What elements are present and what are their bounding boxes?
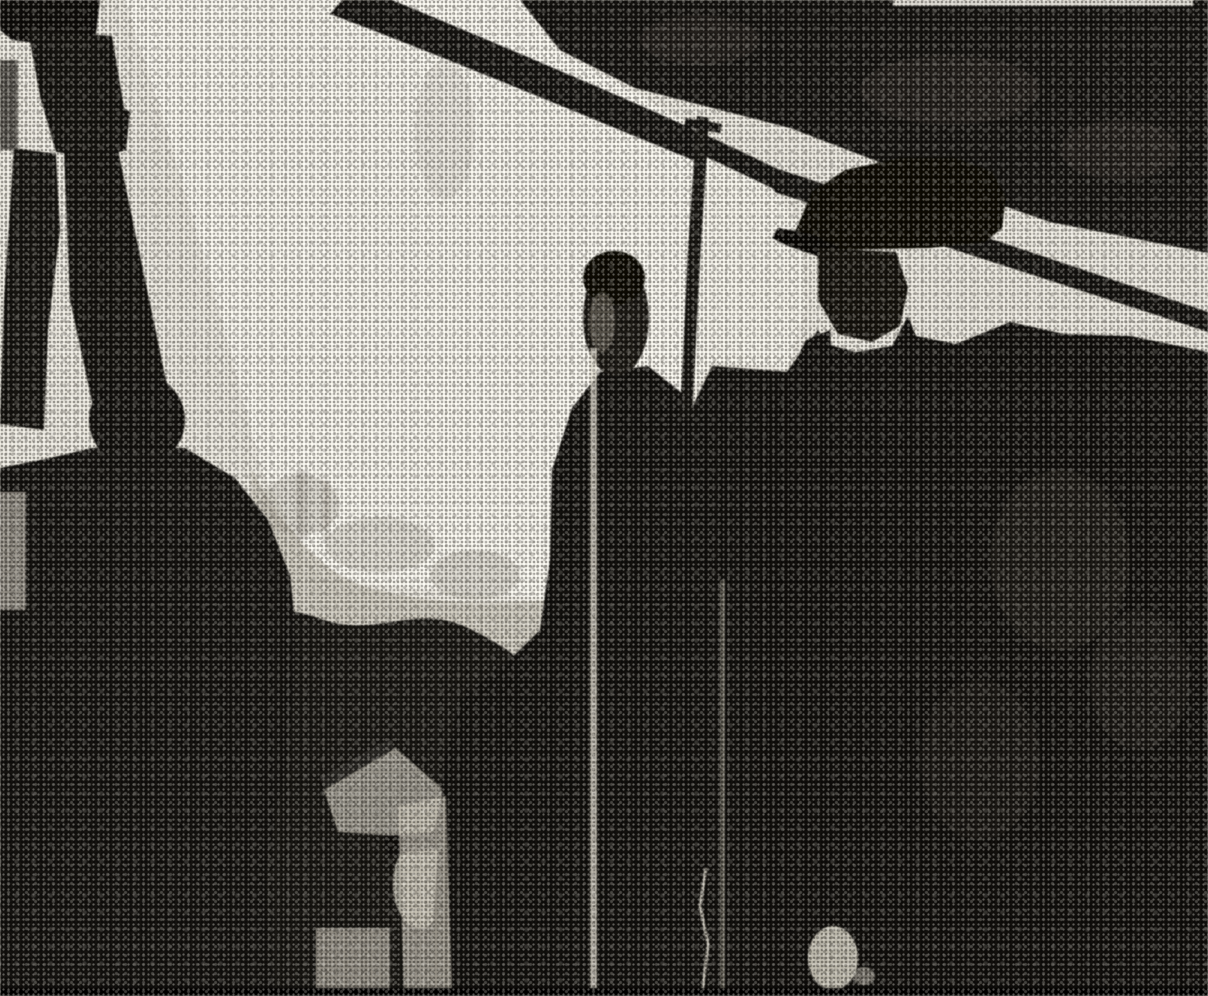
bright-spot-small: [853, 967, 875, 985]
uniform-texture: [920, 680, 1040, 840]
distant-blob: [325, 517, 435, 573]
photograph-scene: [0, 0, 1208, 996]
halftone-photograph: [0, 0, 1208, 996]
bright-spot: [808, 926, 858, 990]
photo-bottom-edge: [0, 988, 1208, 996]
distant-streak: [296, 470, 308, 540]
canopy-gap: [1060, 120, 1180, 180]
crowd-gap-light: [398, 796, 452, 996]
uniform-texture: [990, 470, 1130, 650]
bystander-silhouette: [0, 448, 298, 996]
speaker-hair: [583, 251, 645, 305]
microphone-stand: [590, 348, 597, 996]
sky-smudge: [415, 60, 475, 200]
print-edge-highlight: [893, 0, 1193, 6]
background-gap: [0, 492, 26, 610]
second-stand: [720, 580, 725, 996]
canopy-gap: [860, 55, 1040, 125]
uniform-texture: [1090, 610, 1190, 750]
left-edge-shadow: [0, 60, 18, 150]
foliage-light-patch: [316, 928, 390, 990]
distant-streak: [322, 480, 330, 540]
distant-blob: [430, 550, 520, 600]
canopy-gap: [640, 15, 760, 65]
speaker-face-light: [589, 292, 615, 352]
